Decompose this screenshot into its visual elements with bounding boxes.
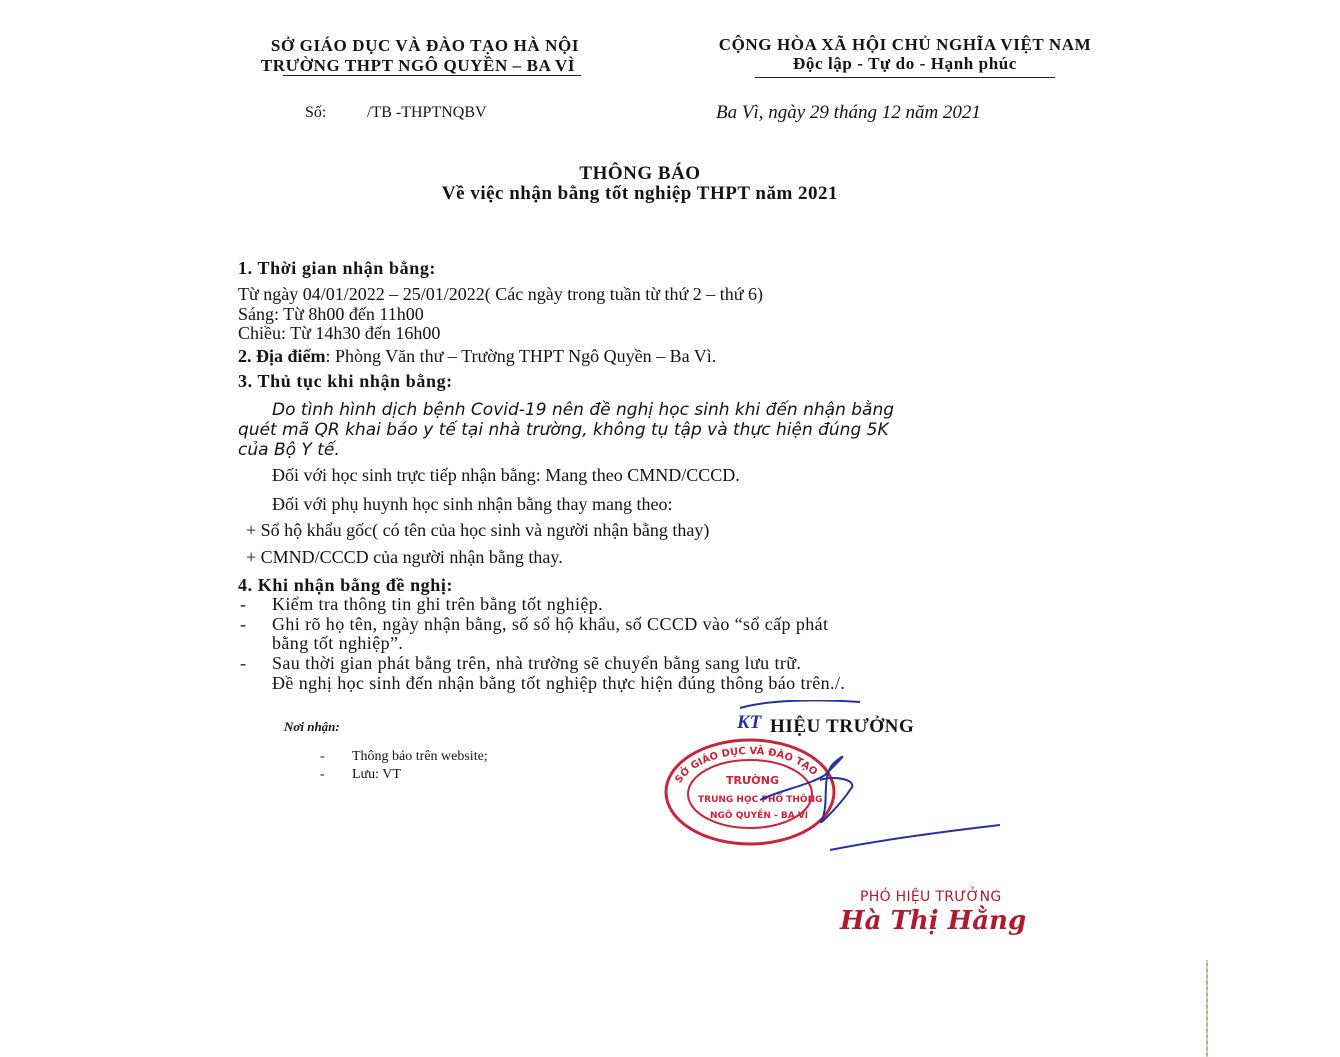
recipients-label: Nơi nhận: — [284, 719, 340, 735]
section-1-morning: Sáng: Từ 8h00 đến 11h00 — [238, 304, 424, 325]
document-date: Ba Vì, ngày 29 tháng 12 năm 2021 — [716, 102, 981, 124]
parent-requirement: Đối với phụ huynh học sinh nhận bằng tha… — [272, 494, 672, 515]
country-motto: CỘNG HÒA XÃ HỘI CHỦ NGHĨA VIỆT NAM — [660, 35, 1150, 55]
section-4-item-4: Đề nghị học sinh đến nhận bằng tốt nghiệ… — [272, 673, 845, 694]
section-3-heading: 3. Thủ tục khi nhận bằng: — [238, 371, 453, 392]
section-4-heading: 4. Khi nhận bằng đề nghị: — [238, 575, 453, 596]
section-4-dash-3: - — [240, 653, 246, 674]
slogan-underline — [755, 77, 1055, 78]
section-4-item-3: Sau thời gian phát bằng trên, nhà trường… — [272, 653, 801, 674]
country-slogan: Độc lập - Tự do - Hạnh phúc — [660, 54, 1150, 74]
section-4-dash-1: - — [240, 594, 246, 615]
section-1-heading: 1. Thời gian nhận bằng: — [238, 258, 436, 279]
parent-requirement-item-2: + CMND/CCCD của người nhận bằng thay. — [246, 547, 563, 568]
section-4-dash-2: - — [240, 614, 246, 635]
document-number-label: Số: — [305, 104, 326, 122]
section-1-dates: Từ ngày 04/01/2022 – 25/01/2022( Các ngà… — [238, 284, 763, 305]
notice-title: THÔNG BÁO — [340, 163, 940, 185]
signer-name: Hà Thị Hằng — [840, 906, 1026, 936]
agency-name: SỞ GIÁO DỤC VÀ ĐÀO TẠO HÀ NỘI — [230, 36, 620, 56]
section-2-heading: 2. Địa điểm — [238, 346, 326, 366]
section-2: 2. Địa điểm: Phòng Văn thư – Trường THPT… — [238, 346, 716, 367]
section-4-item-2-cont: bằng tốt nghiệp”. — [272, 633, 403, 654]
school-name: TRƯỜNG THPT NGÔ QUYỀN – BA VÌ — [218, 56, 618, 76]
recipient-website: Thông báo trên website; — [352, 749, 488, 765]
section-4-item-2: Ghi rõ họ tên, ngày nhận bằng, số sổ hộ … — [272, 614, 828, 635]
recipient-archive: Lưu: VT — [352, 767, 401, 783]
covid-note-line-1: Do tình hình dịch bệnh Covid-19 nên đề n… — [272, 400, 894, 420]
covid-note-line-2: quét mã QR khai báo y tế tại nhà trường,… — [238, 420, 889, 440]
section-2-text: : Phòng Văn thư – Trường THPT Ngô Quyền … — [326, 346, 717, 366]
school-name-underline — [283, 75, 581, 76]
section-1-afternoon: Chiều: Từ 14h30 đến 16h00 — [238, 323, 440, 344]
recipient-dash-1: - — [320, 749, 325, 765]
parent-requirement-item-1: + Sổ hộ khẩu gốc( có tên của học sinh và… — [246, 520, 709, 541]
document-number: /TB -THPTNQBV — [367, 104, 487, 122]
signature-scribble-icon — [700, 700, 1020, 860]
covid-note-line-3: của Bộ Y tế. — [238, 440, 340, 460]
section-4-item-1: Kiểm tra thông tin ghi trên bằng tốt ngh… — [272, 594, 603, 615]
vice-principal-title: PHÓ HIỆU TRƯỞNG — [860, 889, 1002, 905]
notice-subtitle: Về việc nhận bằng tốt nghiệp THPT năm 20… — [340, 183, 940, 205]
student-requirement: Đối với học sinh trực tiếp nhận bằng: Ma… — [272, 465, 740, 486]
scan-edge-line — [1206, 960, 1208, 1057]
recipient-dash-2: - — [320, 767, 325, 783]
